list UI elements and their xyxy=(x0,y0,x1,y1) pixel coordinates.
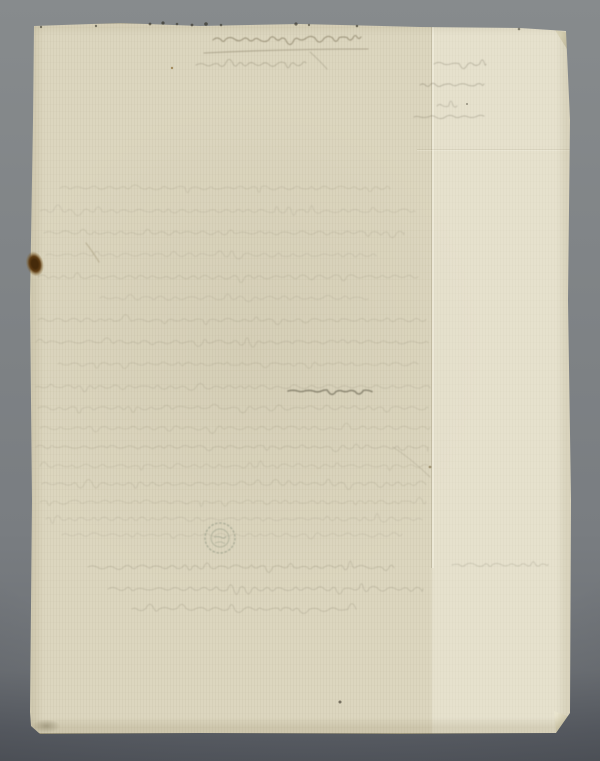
paper-speck xyxy=(176,23,179,26)
photographic-gray-background xyxy=(0,0,600,761)
vertical-fold-crease xyxy=(431,23,434,568)
dogear-fold-bottom-right xyxy=(552,709,574,735)
corner-fold-top-right xyxy=(553,27,575,59)
paper-speck xyxy=(161,21,164,24)
paper-speck xyxy=(204,22,208,26)
bottom-left-corner-smudge xyxy=(31,717,65,735)
horizontal-crease xyxy=(417,149,571,151)
manuscript-page-verso xyxy=(29,23,572,735)
